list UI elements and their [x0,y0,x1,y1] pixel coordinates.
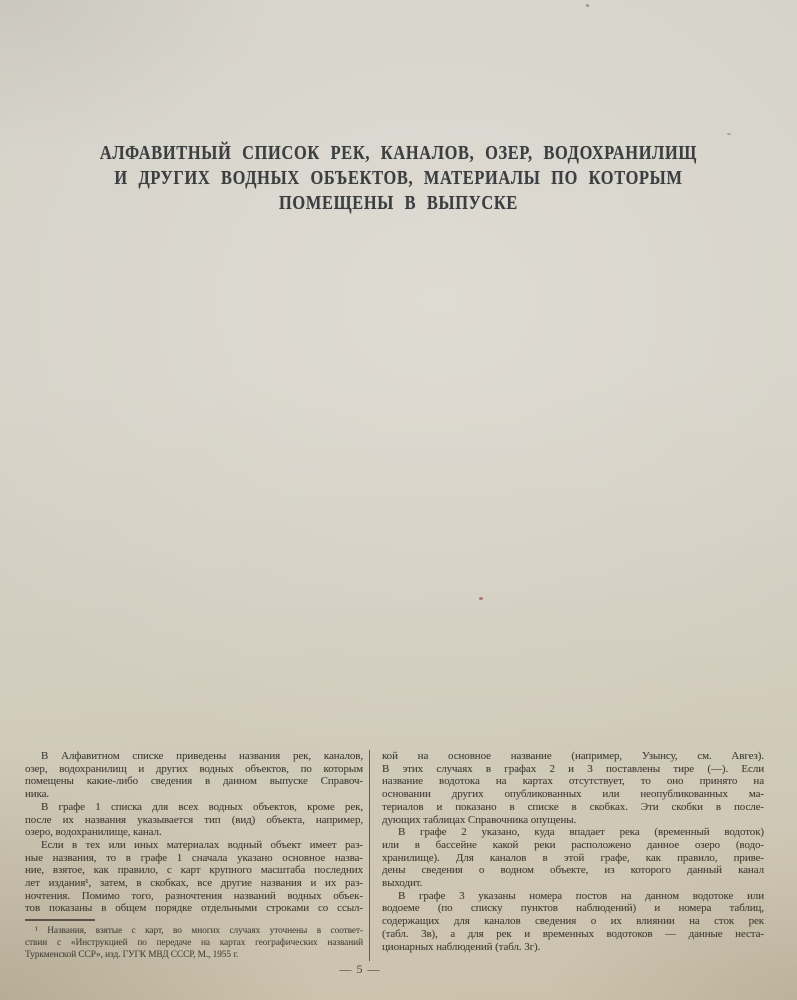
column-left: В Алфавитном списке приведены названия р… [25,750,363,961]
text-line: ¹ Названия, взятые с карт, во многих слу… [25,925,363,937]
footnote-rule [25,919,95,921]
text-line: В графе 2 указано, куда впадает река (вр… [382,826,764,839]
text-columns: В Алфавитном списке приведены названия р… [0,750,797,961]
text-line: после их названия указывается тип (вид) … [25,814,363,827]
text-line: Если в тех или иных материалах водный об… [25,839,363,852]
text-line: помещены какие-либо сведения в данном вы… [25,775,363,788]
text-line: (табл. 3в), а для рек и временных водото… [382,928,764,941]
document-title: АЛФАВИТНЫЙ СПИСОК РЕК, КАНАЛОВ, ОЗЕР, ВО… [0,0,797,216]
title-line-3: ПОМЕЩЕНЫ В ВЫПУСКЕ [64,191,733,216]
page-number: — 5 — [330,962,390,976]
column-divider [369,750,370,961]
text-line: ника. [25,788,363,801]
text-line: название водотока на картах отсутствует,… [382,775,764,788]
text-line: ствии с «Инструкцией по передаче на карт… [25,937,363,949]
text-line: лет издания¹, затем, в скобках, все друг… [25,877,363,890]
text-line: основании других опубликованных или неоп… [382,788,764,801]
footnote: ¹ Названия, взятые с карт, во многих слу… [25,925,363,961]
text-line: озеро, водохранилище, канал. [25,826,363,839]
text-line: ночтения. Помимо того, разночтения назва… [25,890,363,903]
title-line-1: АЛФАВИТНЫЙ СПИСОК РЕК, КАНАЛОВ, ОЗЕР, ВО… [64,141,733,166]
text-line: ные названия, то в графе 1 сначала указа… [25,852,363,865]
text-line: дены сведения о водном объекте, из котор… [382,864,764,877]
text-line: выходит. [382,877,764,890]
text-line: озер, водохранилищ и других водных объек… [25,763,363,776]
column-right: кой на основное название (например, Узын… [382,750,764,961]
text-line: дующих таблицах Справочника опущены. [382,814,764,827]
text-line: хранилище). Для каналов в этой графе, ка… [382,852,764,865]
text-line: тов показаны в общем порядке отдельными … [25,902,363,915]
page-content: АЛФАВИТНЫЙ СПИСОК РЕК, КАНАЛОВ, ОЗЕР, ВО… [0,0,797,1000]
text-line: В Алфавитном списке приведены названия р… [25,750,363,763]
text-line: водоеме (по списку пунктов наблюдений) и… [382,902,764,915]
title-line-2: И ДРУГИХ ВОДНЫХ ОБЪЕКТОВ, МАТЕРИАЛЫ ПО К… [64,166,733,191]
text-line: В этих случаях в графах 2 и 3 поставлены… [382,763,764,776]
text-line: содержащих для каналов сведения о их вли… [382,915,764,928]
text-line: В графе 3 указаны номера постов на данно… [382,890,764,903]
text-line: териалов и показано в списке в скобках. … [382,801,764,814]
text-line: ние, взятое, как правило, с карт крупног… [25,864,363,877]
text-line: или в бассейне какой реки расположено да… [382,839,764,852]
column-left-text: В Алфавитном списке приведены названия р… [25,750,363,915]
text-line: ционарных наблюдений (табл. 3г). [382,941,764,954]
text-line: Туркменской ССР», изд. ГУГК МВД СССР, М.… [25,949,363,961]
text-line: кой на основное название (например, Узын… [382,750,764,763]
text-line: В графе 1 списка для всех водных объекто… [25,801,363,814]
